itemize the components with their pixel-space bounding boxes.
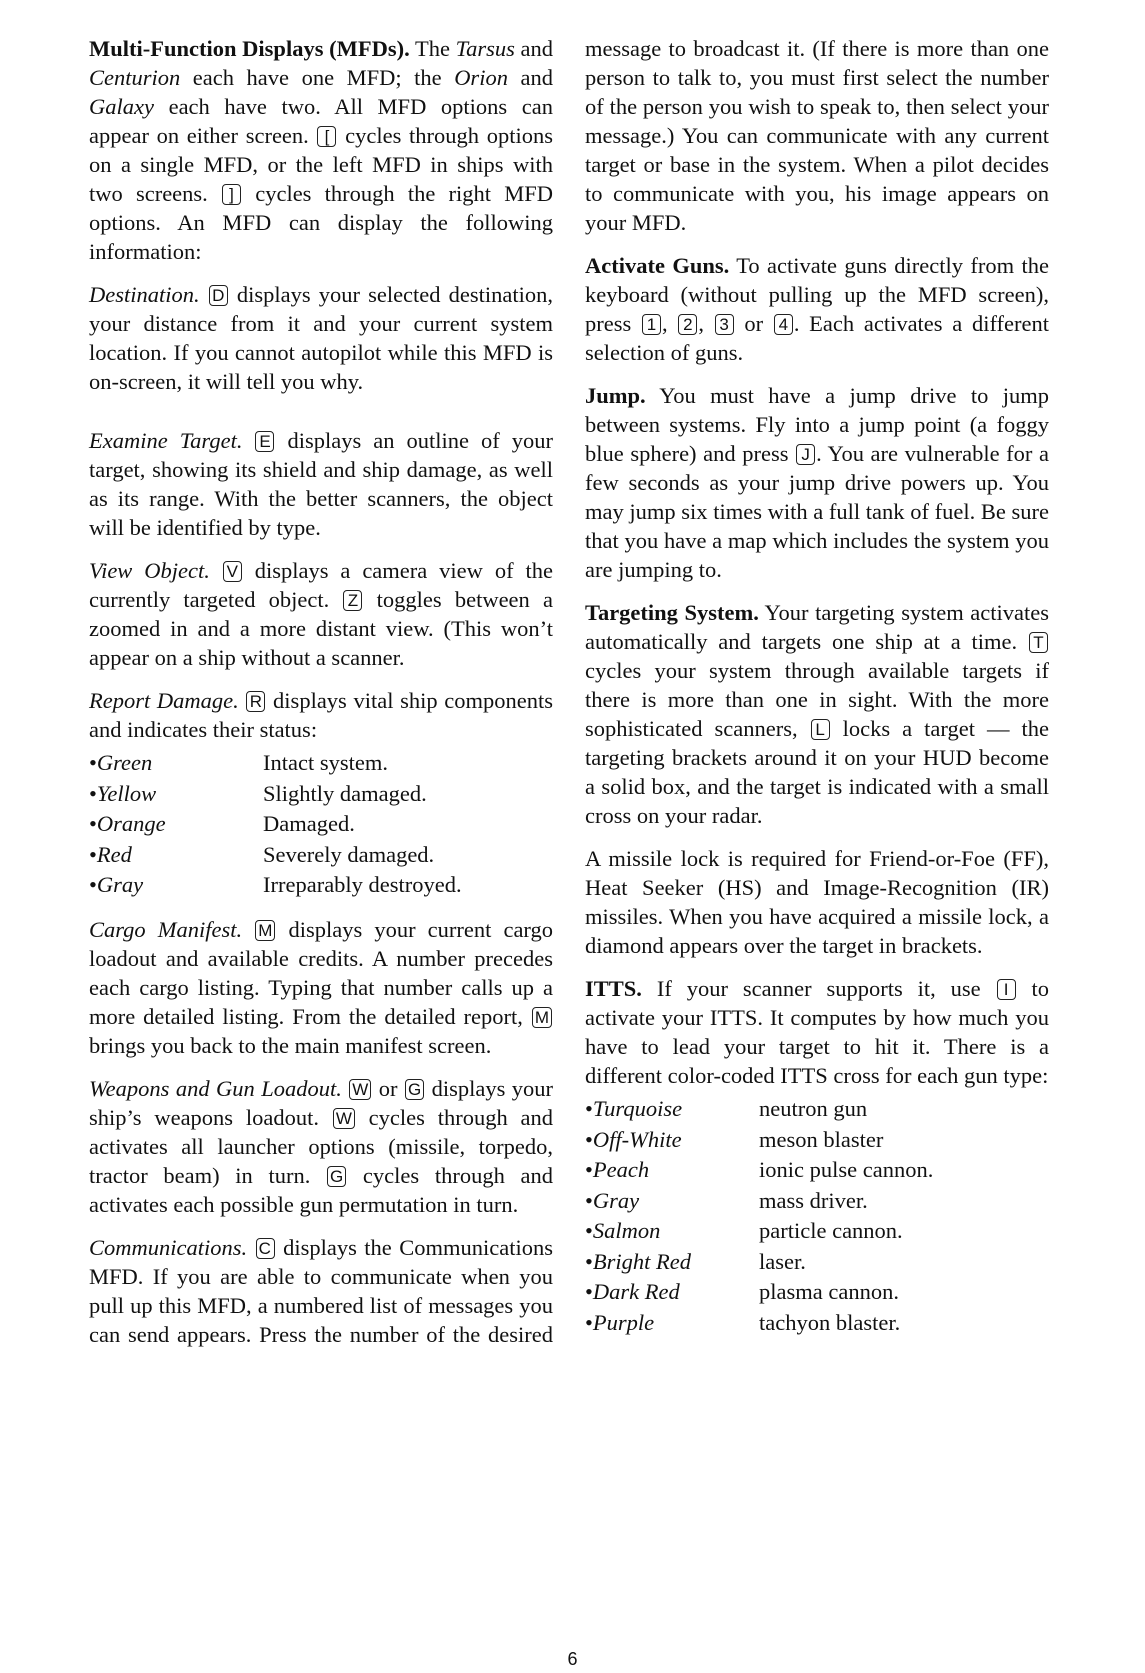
key-2-icon: 2 xyxy=(678,314,697,335)
ship-name: Galaxy xyxy=(89,94,154,119)
key-e-icon: E xyxy=(255,431,274,452)
targeting-paragraph: Targeting System. Your targeting system … xyxy=(585,598,1049,830)
list-item: Dark Redplasma cannon. xyxy=(585,1277,1049,1308)
cargo-manifest-paragraph: Cargo Manifest. M displays your current … xyxy=(89,915,553,1060)
list-item: Peachionic pulse cannon. xyxy=(585,1155,1049,1186)
itts-gun-color-list: Turquoiseneutron gun Off-Whitemeson blas… xyxy=(585,1094,1049,1338)
key-right-bracket-icon: ] xyxy=(222,184,241,205)
communications-heading: Communications. xyxy=(89,1235,247,1260)
left-column: Multi-Function Displays (MFDs). The Tars… xyxy=(89,34,553,1363)
damage-status-list: GreenIntact system. YellowSlightly damag… xyxy=(89,748,553,901)
activate-guns-paragraph: Activate Guns. To activate guns directly… xyxy=(585,251,1049,367)
examine-target-heading: Examine Target. xyxy=(89,428,242,453)
mfd-heading: Multi-Function Displays (MFDs). xyxy=(89,36,410,61)
ship-name: Orion xyxy=(454,65,508,90)
key-1-icon: 1 xyxy=(642,314,661,335)
itts-paragraph: ITTS. If your scanner supports it, use I… xyxy=(585,974,1049,1090)
key-g-icon: G xyxy=(327,1166,346,1187)
key-d-icon: D xyxy=(209,285,228,306)
key-w-icon: W xyxy=(333,1108,355,1129)
key-left-bracket-icon: [ xyxy=(317,126,336,147)
destination-heading: Destination. xyxy=(89,282,200,307)
cargo-manifest-heading: Cargo Manifest. xyxy=(89,917,242,942)
key-w-icon: W xyxy=(349,1079,371,1100)
jump-heading: Jump. xyxy=(585,383,646,408)
communications-paragraph: Communications. C displays the Communica… xyxy=(89,1233,553,1349)
key-i-icon: I xyxy=(997,979,1016,1000)
list-item: Bright Redlaser. xyxy=(585,1247,1049,1278)
activate-guns-heading: Activate Guns. xyxy=(585,253,729,278)
weapons-paragraph: Weapons and Gun Loadout. W or G displays… xyxy=(89,1074,553,1219)
list-item: Off-Whitemeson blaster xyxy=(585,1125,1049,1156)
key-3-icon: 3 xyxy=(715,314,734,335)
list-item: OrangeDamaged. xyxy=(89,809,553,840)
page-number: 6 xyxy=(0,1645,1145,1673)
report-damage-heading: Report Damage. xyxy=(89,688,239,713)
communications-continued-paragraph: message to broadcast it. (If there is mo… xyxy=(585,34,1049,237)
view-object-paragraph: View Object. V displays a camera view of… xyxy=(89,556,553,672)
list-item: Turquoiseneutron gun xyxy=(585,1094,1049,1125)
list-item: Purpletachyon blaster. xyxy=(585,1308,1049,1339)
key-m-icon: M xyxy=(255,920,275,941)
mfd-paragraph: Multi-Function Displays (MFDs). The Tars… xyxy=(89,34,553,266)
key-r-icon: R xyxy=(246,691,265,712)
key-4-icon: 4 xyxy=(774,314,793,335)
list-item: Salmonparticle cannon. xyxy=(585,1216,1049,1247)
list-item: GreenIntact system. xyxy=(89,748,553,779)
key-m-icon: M xyxy=(532,1007,552,1028)
list-item: Graymass driver. xyxy=(585,1186,1049,1217)
key-c-icon: C xyxy=(256,1238,275,1259)
examine-target-paragraph: Examine Target. E displays an outline of… xyxy=(89,426,553,542)
key-j-icon: J xyxy=(796,444,815,465)
targeting-heading: Targeting System. xyxy=(585,600,759,625)
itts-heading: ITTS. xyxy=(585,976,642,1001)
right-column: message to broadcast it. (If there is mo… xyxy=(585,34,1049,1352)
key-g-icon: G xyxy=(405,1079,424,1100)
list-item: RedSeverely damaged. xyxy=(89,840,553,871)
view-object-heading: View Object. xyxy=(89,558,210,583)
list-item: YellowSlightly damaged. xyxy=(89,779,553,810)
missile-lock-paragraph: A missile lock is required for Friend-or… xyxy=(585,844,1049,960)
key-t-icon: T xyxy=(1029,632,1048,653)
key-z-icon: Z xyxy=(343,590,362,611)
key-l-icon: L xyxy=(811,719,830,740)
destination-paragraph: Destination. D displays your selected de… xyxy=(89,280,553,396)
list-item: GrayIrreparably destroyed. xyxy=(89,870,553,901)
key-v-icon: V xyxy=(223,561,242,582)
jump-paragraph: Jump. You must have a jump drive to jump… xyxy=(585,381,1049,584)
report-damage-paragraph: Report Damage. R displays vital ship com… xyxy=(89,686,553,744)
ship-name: Centurion xyxy=(89,65,180,90)
ship-name: Tarsus xyxy=(456,36,515,61)
weapons-heading: Weapons and Gun Loadout. xyxy=(89,1076,342,1101)
